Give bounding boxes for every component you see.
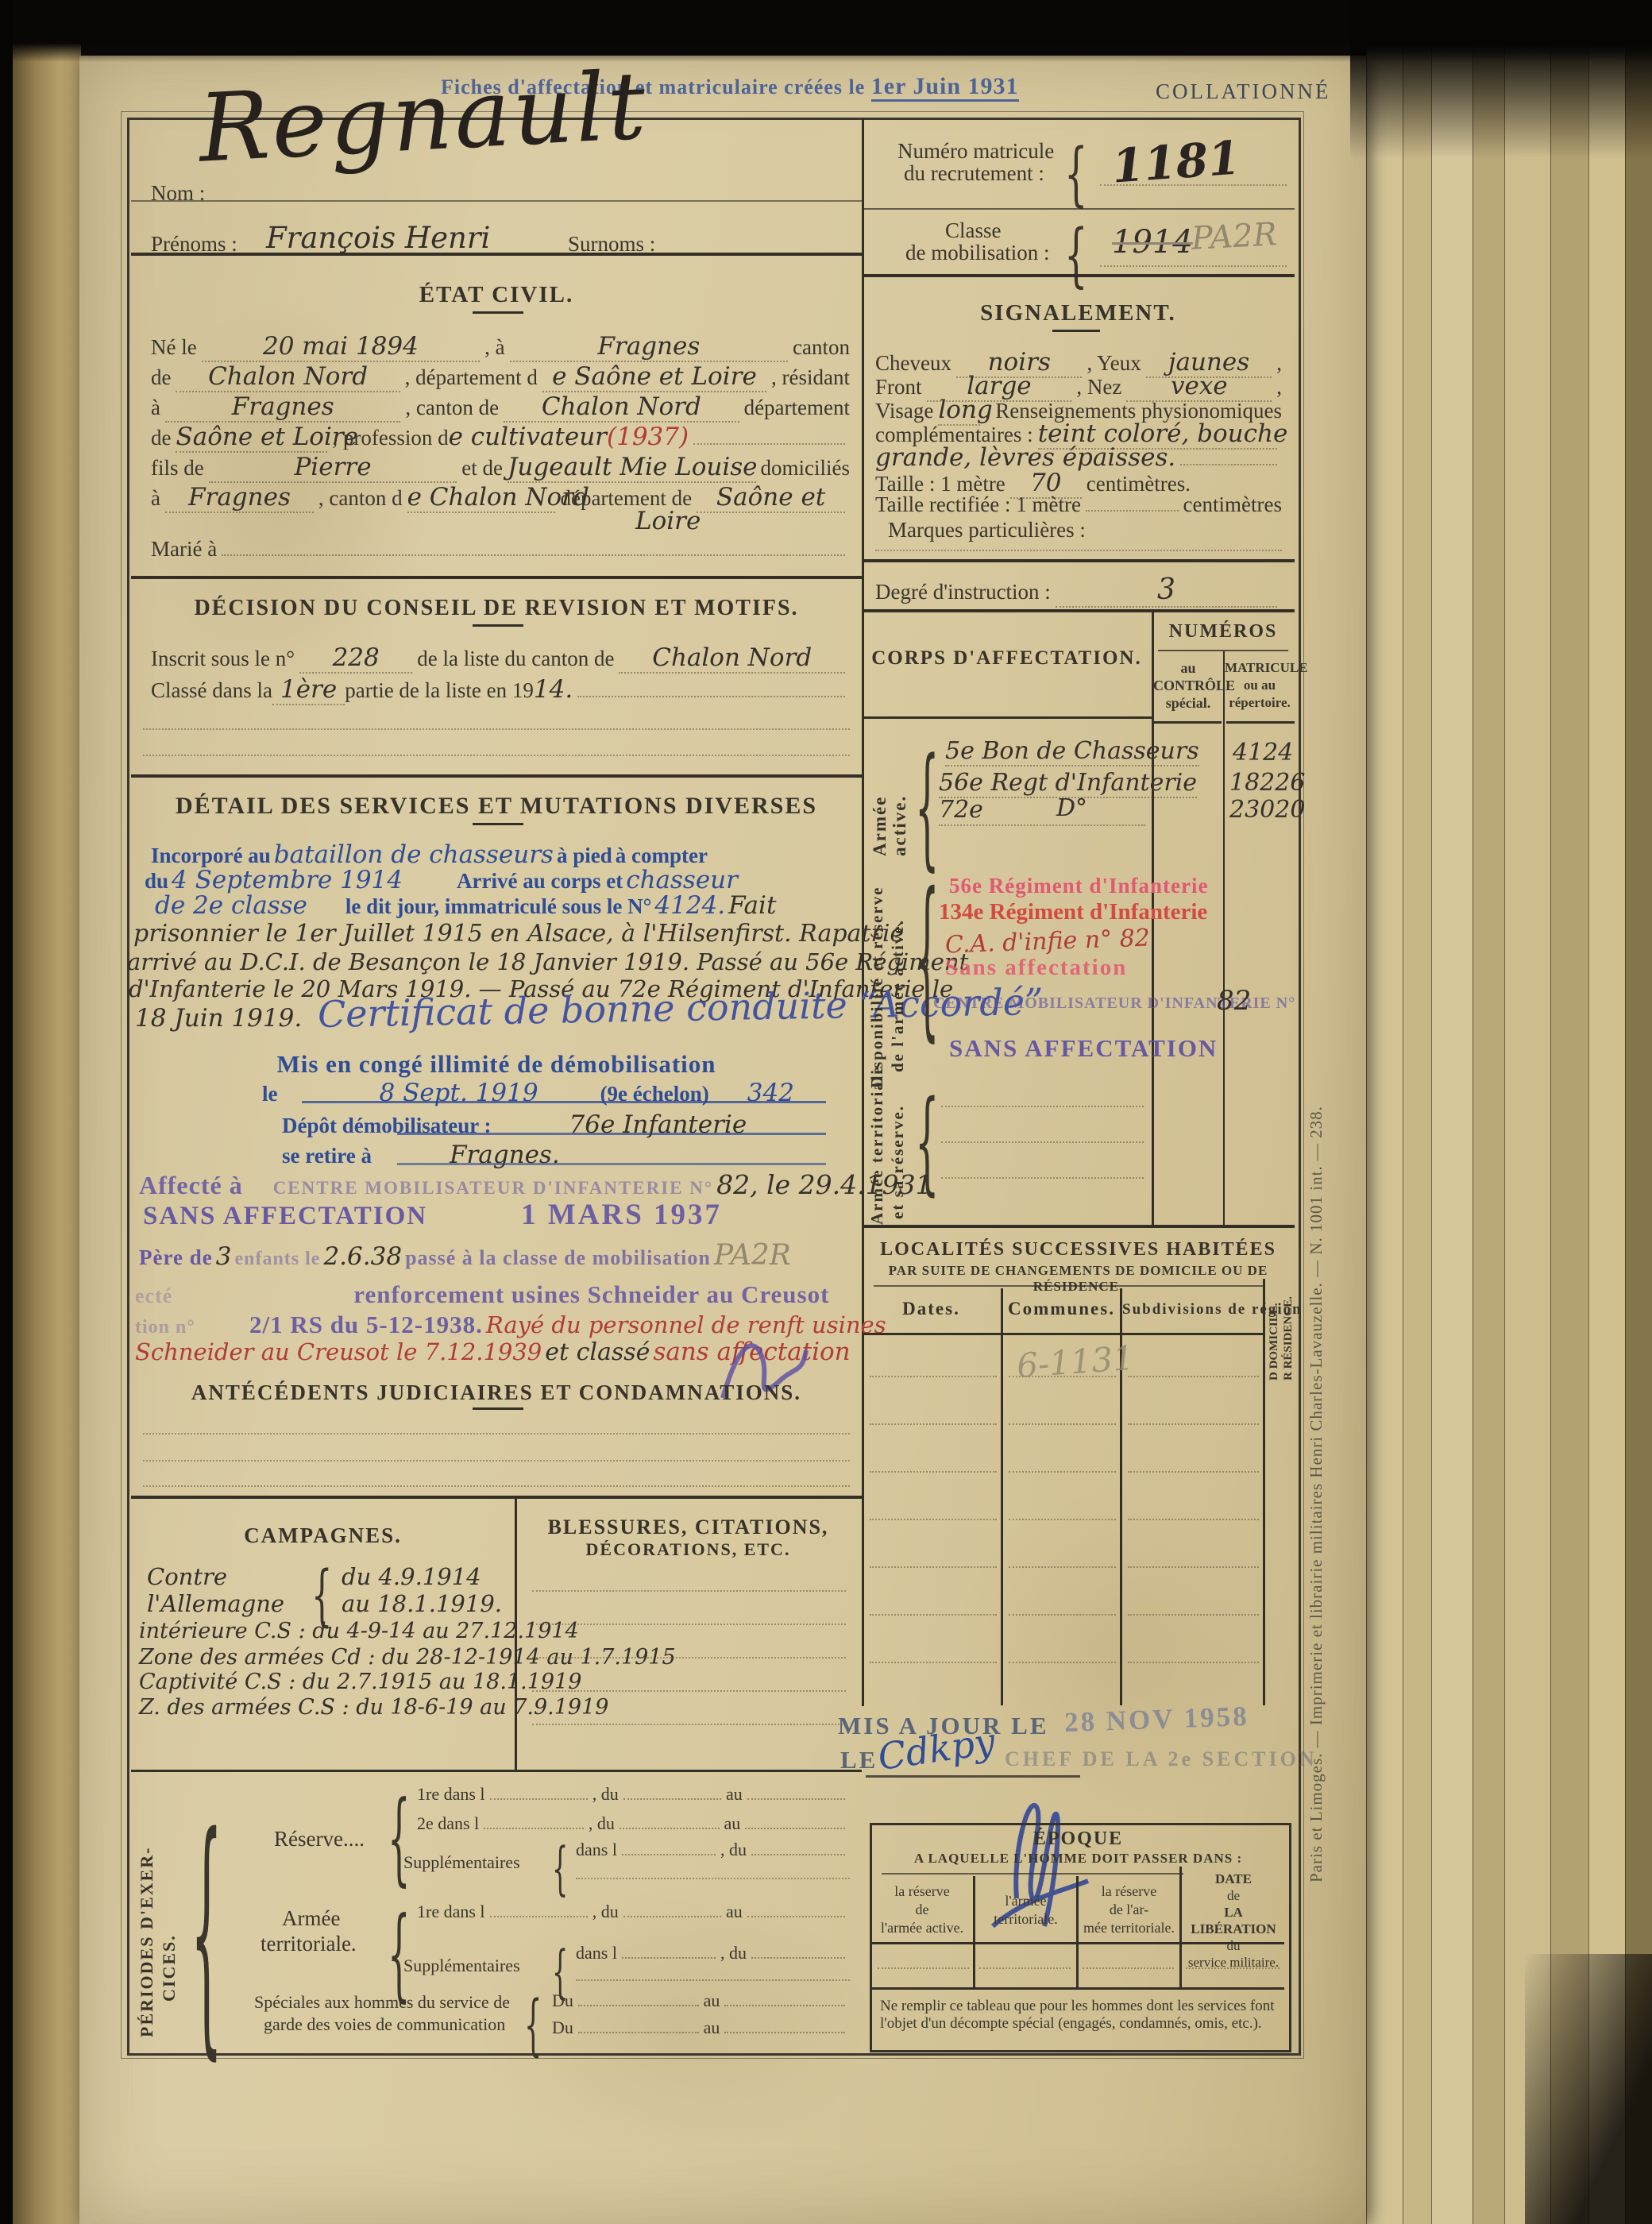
epoque-col4-line: du xyxy=(1182,1937,1285,1954)
degre-line: Degré d'instruction : 3 xyxy=(875,573,1282,608)
rule xyxy=(862,208,1295,210)
centre-mob-number: 82 xyxy=(1217,985,1251,1017)
services-line: 18 Juin 1919. xyxy=(135,1004,302,1033)
degre-label: Degré d'instruction : xyxy=(875,580,1051,604)
label: à xyxy=(151,396,160,420)
label: de xyxy=(151,365,171,390)
decision-title: DÉCISION DU CONSEIL DE REVISION ET MOTIF… xyxy=(131,596,862,621)
dotted-fill xyxy=(724,2032,845,2033)
epoque-col3-line: mée territoriale. xyxy=(1079,1919,1179,1937)
dotted-fill xyxy=(724,2005,845,2006)
marie-label: Marié à xyxy=(151,537,217,562)
empty-line xyxy=(941,1104,1144,1107)
rule xyxy=(1153,721,1222,724)
periode-row: Du au xyxy=(552,1990,850,2011)
dotted-fill xyxy=(622,1957,716,1959)
sans-affectation-stamp: SANS AFFECTATION xyxy=(143,1202,427,1230)
degre-value: 3 xyxy=(1056,573,1277,608)
stamp-56e-regiment: 56e Régiment d'Infanterie xyxy=(949,874,1208,898)
rule xyxy=(862,1333,1263,1335)
empty-line xyxy=(1128,1612,1259,1616)
page-edge xyxy=(1625,0,1652,2224)
etat-civil-line: à Fragnes , canton d e Chalon Nord dépar… xyxy=(151,483,850,513)
etat-civil-line: Né le 20 mai 1894 , à Fragnes canton xyxy=(151,332,850,362)
campagne-entry: l'Allemagne xyxy=(147,1590,284,1617)
dotted-fill xyxy=(222,554,845,556)
armee-territoriale-label: Armée xyxy=(282,1906,340,1931)
services-line: arrivé au D.C.I. de Besançon le 18 Janvi… xyxy=(127,948,968,975)
corps-row-number: 23020 xyxy=(1229,796,1305,824)
epoque-col3-line: la réserve xyxy=(1079,1882,1179,1901)
dotted-fill xyxy=(693,443,845,445)
suppl-label: Supplémentaires xyxy=(403,1956,520,1976)
affecte-stamp: Affecté à xyxy=(139,1171,243,1199)
empty-line xyxy=(1009,1517,1116,1520)
au-label: au xyxy=(704,1990,720,2011)
rule xyxy=(131,774,862,778)
armee-territoriale-label2: territoriale. xyxy=(261,1932,357,1956)
sans-affectation-line: SANS AFFECTATION 1 MARS 1937 xyxy=(143,1198,722,1232)
corps-row-unit: 72e xyxy=(939,796,983,824)
empty-line xyxy=(1128,1565,1259,1568)
annee-liste: 14. xyxy=(534,675,573,704)
rule xyxy=(882,1873,1183,1875)
parents-departement-cont: Loire xyxy=(635,507,701,535)
hw: Fait xyxy=(728,891,776,920)
corps-row-ditto: D° xyxy=(1056,794,1087,822)
empty-line xyxy=(870,1517,997,1520)
hw: et classé xyxy=(545,1338,650,1366)
pere-date: 2.6.38 xyxy=(323,1242,402,1271)
empty-line xyxy=(941,1140,1144,1143)
stamp-text: Arrivé au corps et xyxy=(457,869,623,893)
suppl-label: Supplémentaires xyxy=(403,1852,520,1873)
epoque-col1-line: l'armée active. xyxy=(871,1919,973,1937)
empty-line xyxy=(532,1689,846,1692)
empty-line xyxy=(532,1589,846,1592)
stamp-text: à compter xyxy=(616,844,708,867)
label: de la liste du canton de xyxy=(417,647,614,671)
empty-line xyxy=(1009,1469,1116,1473)
table-vline xyxy=(1223,651,1225,1225)
services-line-blue: de 2e classe le dit jour, immatriculé so… xyxy=(155,891,862,920)
birth-place: Fragnes xyxy=(510,332,788,362)
label: Classé dans la xyxy=(151,678,272,703)
nom-value-signature: Regnault xyxy=(196,50,650,183)
label: , département d xyxy=(405,365,538,390)
page-edge xyxy=(1431,0,1473,2224)
scan-shadow-top-right xyxy=(1350,0,1652,159)
empty-line xyxy=(532,1722,846,1725)
matricule-header-line: répertoire. xyxy=(1225,694,1295,712)
epoque-col1: la réserve de l'armée active. xyxy=(871,1882,973,1937)
periodes-label2: CICES. xyxy=(159,1875,179,2002)
blue-underline xyxy=(302,1080,826,1103)
profession-year-annotation: (1937) xyxy=(607,423,689,451)
dotted-fill xyxy=(490,1798,588,1800)
dotted-fill xyxy=(939,823,1145,826)
campagne-entry: Contre xyxy=(147,1563,227,1590)
birth-date: 20 mai 1894 xyxy=(202,332,480,362)
col-dates: Dates. xyxy=(862,1299,1001,1319)
epoque-note-line: Ne remplir ce tableau que pour les homme… xyxy=(880,1998,1275,2014)
au-label: au xyxy=(726,1784,743,1805)
empty-line xyxy=(875,548,1282,551)
record-sheet: Fiches d'affectation et matriculaire cré… xyxy=(79,56,1366,2224)
title-underline xyxy=(473,624,523,627)
label: , profession d xyxy=(332,426,448,450)
label: et de xyxy=(461,456,503,481)
campagne-entry: Z. des armées C.S : du 18-6-19 au 7.9.19… xyxy=(139,1695,608,1720)
dotted-fill xyxy=(1086,510,1179,512)
matricule-label2: du recrutement : xyxy=(904,161,1044,186)
campagnes-title: CAMPAGNES. xyxy=(131,1523,515,1548)
complement-value2: grande, lèvres épaisses. xyxy=(875,443,1175,472)
empty-line xyxy=(1128,1660,1259,1663)
classe-label2: de mobilisation : xyxy=(905,241,1050,265)
pere-stamp: Père de xyxy=(139,1245,213,1269)
empty-line xyxy=(576,1876,850,1879)
label: , résidant xyxy=(771,365,850,390)
title-underline xyxy=(473,311,523,314)
classe-mob-pencil: PA2R xyxy=(714,1239,791,1272)
page-edge xyxy=(1504,0,1551,2224)
rule xyxy=(131,576,862,579)
empty-line xyxy=(143,1431,850,1434)
rule xyxy=(872,1942,1284,1944)
numeros-header: NUMÉROS xyxy=(1152,621,1295,643)
empty-line xyxy=(143,753,850,756)
pere-line: Père de 3 enfants le 2.6.38 passé à la c… xyxy=(139,1239,791,1272)
dansl-label: dans l xyxy=(576,1943,617,1963)
speciales-label2: garde des voies de communication xyxy=(264,2014,505,2035)
services-line-blue: Incorporé au bataillon de chasseurs à pi… xyxy=(151,840,858,869)
empty-line xyxy=(941,1176,1144,1179)
campagne-entry: intérieure C.S : du 4-9-14 au 27.12.1914 xyxy=(139,1619,579,1643)
empty-line xyxy=(870,1374,997,1377)
empty-line xyxy=(143,1484,850,1487)
title-underline xyxy=(1052,330,1100,332)
page-edge xyxy=(1403,0,1432,2224)
campagne-dates: au 18.1.1919. xyxy=(342,1590,502,1617)
armee-active-label2: active. xyxy=(890,737,910,856)
controle-header-line: au xyxy=(1153,659,1223,677)
services-line-blue: du 4 Septembre 1914 Arrivé au corps et c… xyxy=(145,866,851,894)
label: Taille rectifiée : 1 mètre xyxy=(875,492,1081,517)
services-title: DÉTAIL DES SERVICES ET MUTATIONS DIVERSE… xyxy=(131,793,862,820)
localites-subtitle: PAR SUITE DE CHANGEMENTS DE DOMICILE OU … xyxy=(862,1263,1295,1295)
empty-line xyxy=(143,1458,850,1461)
stamp-134e-regiment: 134e Régiment d'Infanterie xyxy=(939,899,1207,925)
du-label: , du xyxy=(592,1784,619,1805)
brace: { xyxy=(388,1781,411,1898)
parents-canton: e Chalon Nord xyxy=(407,483,556,513)
empty-line xyxy=(143,727,850,730)
classe-value-struck: 1914 xyxy=(1112,224,1193,261)
col-subdivisions: Subdivisions de région xyxy=(1122,1301,1263,1319)
stamp-text: Incorporé au xyxy=(151,844,271,867)
raye-handwritten-2: Schneider au Creusot le 7.12.1939 xyxy=(135,1338,542,1365)
dotted-fill xyxy=(747,1916,845,1917)
brace: { xyxy=(1064,133,1088,214)
label: Inscrit sous le n° xyxy=(151,647,295,671)
table-vline xyxy=(1001,1288,1003,1705)
etat-civil-line: de Saône et Loire , profession d e culti… xyxy=(151,423,850,453)
periode-row: dans l , du xyxy=(576,1840,850,1860)
empty-line xyxy=(1128,1374,1259,1377)
schneider-stamp: renforcement usines Schneider au Creusot xyxy=(353,1280,829,1308)
services-line: prisonnier le 1er Juillet 1915 en Alsace… xyxy=(133,920,904,948)
list-number: 228 xyxy=(299,643,412,674)
periode-row: Du au xyxy=(552,2017,850,2038)
periodes-label: PÉRIODES D'EXER- xyxy=(137,1815,157,2037)
row-label: 1re dans l xyxy=(417,1784,485,1805)
empty-line xyxy=(870,1660,997,1663)
nom-label: Nom : xyxy=(151,181,205,206)
dotted-fill xyxy=(578,2005,699,2006)
centre-mob-stamp: CENTRE MOBILISATEUR D'INFANTERIE N° xyxy=(273,1178,713,1198)
canton-residence: Chalon Nord xyxy=(504,392,739,423)
du-label: , du xyxy=(592,1902,619,1922)
rule xyxy=(131,1770,862,1772)
epoque-subtitle: A LAQUELLE L'HOMME DOIT PASSER DANS : xyxy=(870,1851,1287,1867)
label: Né le xyxy=(151,335,197,360)
empty-line xyxy=(532,1622,846,1625)
pere-stamp-faint: enfants le xyxy=(234,1249,320,1269)
marie-line: Marié à xyxy=(151,537,850,562)
book-spine-edge xyxy=(11,0,81,2224)
epoque-col3-line: de l'ar- xyxy=(1079,1901,1179,1919)
empty-line xyxy=(1128,1517,1259,1520)
dansl-label: dans l xyxy=(576,1840,617,1860)
marques-label: Marques particulières : xyxy=(888,518,1086,542)
label: , canton d xyxy=(318,486,403,511)
dotted-fill xyxy=(623,1916,721,1917)
periode-row: 1re dans l , du au xyxy=(417,1784,850,1805)
empty-cell xyxy=(878,1966,969,1969)
signalement-title: SIGNALEMENT. xyxy=(862,300,1295,326)
dotted-fill xyxy=(751,1854,845,1855)
collationne-stamp: COLLATIONNÉ xyxy=(1156,79,1330,104)
signalement-line: Taille rectifiée : 1 mètre centimètres xyxy=(875,492,1282,517)
page-edge xyxy=(1588,0,1626,2224)
epoque-col4-line: DATE xyxy=(1182,1871,1285,1887)
matricule-header-line: MATRICULE xyxy=(1225,659,1295,677)
epoque-col4-line: LA LIBÉRATION xyxy=(1182,1904,1285,1937)
label: , à xyxy=(484,335,504,360)
blessures-title: BLESSURES, CITATIONS, xyxy=(515,1515,862,1539)
stamp-text: le xyxy=(262,1082,278,1106)
faint-stamp: tion n° xyxy=(135,1317,195,1338)
epoque-note-line: l'objet d'un décompte spécial (engagés, … xyxy=(880,2015,1262,2032)
empty-line xyxy=(1009,1565,1116,1568)
localites-title: LOCALITÉS SUCCESSIVES HABITÉES xyxy=(862,1239,1295,1261)
dotted-fill xyxy=(1100,183,1287,186)
epoque-col2-line: territoriale. xyxy=(975,1910,1076,1929)
armee-terr-reserve-label: Armée territoriale xyxy=(867,1082,887,1225)
brace: { xyxy=(915,1079,940,1208)
rule xyxy=(862,609,1295,612)
etat-civil-line: fils de Pierre et de Jugeault Mie Louise… xyxy=(151,453,850,483)
empty-cell xyxy=(1083,1966,1174,1969)
hw-blue: de 2e classe xyxy=(155,891,307,920)
dotted-fill xyxy=(484,1828,584,1829)
empty-line xyxy=(870,1612,997,1616)
empty-line xyxy=(1009,1422,1116,1425)
stamp-text: le dit jour, immatriculé sous le N° xyxy=(345,894,652,918)
periode-row: 1re dans l , du au xyxy=(417,1902,850,1922)
stamp-text: du xyxy=(145,869,168,893)
date-stamp-1937: 1 MARS 1937 xyxy=(521,1199,722,1231)
parents-departement: Saône et xyxy=(697,483,845,513)
armee-active-label: Armée xyxy=(870,737,890,856)
label: canton xyxy=(793,335,850,360)
le-stamp: LE xyxy=(840,1746,878,1774)
disponibilite-label: Disponibilité et réserve xyxy=(867,866,887,1088)
departement-residence: Saône et Loire xyxy=(176,423,327,453)
hw-blue: 4 Septembre 1914 xyxy=(172,866,403,894)
blue-underline xyxy=(397,1112,826,1135)
periode-row: dans l , du xyxy=(576,1943,850,1963)
disponibilite-label2: de l'armée active. xyxy=(888,882,908,1072)
dotted-fill xyxy=(1180,464,1277,465)
empty-line xyxy=(576,1978,850,1981)
page-edge xyxy=(1366,0,1403,2224)
affectation-line: Affecté à CENTRE MOBILISATEUR D'INFANTER… xyxy=(139,1169,932,1200)
empty-line xyxy=(1128,1422,1259,1425)
empty-cell xyxy=(1186,1966,1280,1969)
empty-cell xyxy=(979,1966,1071,1969)
page-edge xyxy=(1473,0,1505,2224)
dotted-fill xyxy=(747,1798,845,1800)
decision-line: Classé dans la 1ère partie de la liste e… xyxy=(151,675,850,705)
empty-line xyxy=(870,1422,997,1425)
column-divider xyxy=(862,118,864,1706)
epoque-note: Ne remplir ce tableau que pour les homme… xyxy=(880,1998,1281,2033)
table-vline xyxy=(1263,1279,1265,1705)
au-label: au xyxy=(724,1813,741,1834)
empty-line xyxy=(870,1565,997,1568)
children-count: 3 xyxy=(216,1242,232,1271)
epoque-col4-line: de xyxy=(1182,1887,1285,1904)
rule xyxy=(131,200,862,202)
controle-header-line: CONTRÔLE xyxy=(1153,677,1223,694)
dotted-fill xyxy=(745,1828,845,1829)
scan-edge-left xyxy=(0,0,13,2224)
label: de xyxy=(151,426,171,450)
stamp-sans-affectation-red: Sans affectation xyxy=(945,955,1127,981)
brace: { xyxy=(552,1836,568,1902)
rule xyxy=(872,1987,1284,1990)
title-underline xyxy=(473,1407,523,1410)
demob-stamp-line: Mis en congé illimité de démobilisation xyxy=(131,1050,862,1079)
controle-header-line: spécial. xyxy=(1153,694,1223,712)
prenoms-value: François Henri xyxy=(266,221,490,255)
armee-terr-reserve-label2: et sa réserve. xyxy=(888,1088,908,1219)
du-label: , du xyxy=(720,1943,747,1963)
speciales-label: Spéciales aux hommes du service de xyxy=(254,1992,510,2013)
du-label: , du xyxy=(589,1813,615,1834)
renfort-line: ecté renforcement usines Schneider au Cr… xyxy=(135,1280,829,1309)
page-edge xyxy=(1550,0,1589,2224)
scanned-military-register-page: Fiches d'affectation et matriculaire cré… xyxy=(0,0,1652,2224)
rule xyxy=(862,1225,1295,1228)
matricule-header: MATRICULE ou au répertoire. xyxy=(1225,659,1295,712)
corps-row-unit: 5e Bon de Chasseurs xyxy=(945,737,1199,766)
stamp-text: se retire à xyxy=(282,1144,372,1168)
dotted-fill xyxy=(1100,264,1287,267)
etat-civil-title: ÉTAT CIVIL. xyxy=(131,282,862,308)
dotted-fill xyxy=(622,1854,716,1855)
label: partie de la liste en 19 xyxy=(345,678,534,703)
faint-stamp: ecté xyxy=(135,1284,172,1307)
corps-row-number: 4124 xyxy=(1233,739,1293,766)
corps-header: CORPS D'AFFECTATION. xyxy=(862,647,1152,670)
rule xyxy=(1226,721,1295,724)
dotted-fill xyxy=(623,1798,721,1800)
col-communes: Communes. xyxy=(1003,1299,1120,1319)
row-label: 2e dans l xyxy=(417,1813,479,1834)
rs-stamp: 2/1 RS du 5-12-1938. xyxy=(249,1311,483,1338)
decision-line: Inscrit sous le n° 228 de la liste du ca… xyxy=(151,643,850,674)
du-label: , du xyxy=(720,1840,747,1860)
signalement-line: grande, lèvres épaisses. xyxy=(875,443,1282,472)
date-stamp-1958: 28 NOV 1958 xyxy=(1063,1701,1249,1739)
epoque-col4: DATE de LA LIBÉRATION du service militai… xyxy=(1182,1871,1285,1971)
departement: e Saône et Loire xyxy=(542,362,766,392)
antecedents-title: ANTÉCÉDENTS JUDICIAIRES ET CONDAMNATIONS… xyxy=(131,1380,862,1405)
hw-blue: bataillon de chasseurs xyxy=(274,840,554,869)
epoque-title: ÉPOQUE xyxy=(870,1828,1287,1850)
empty-line xyxy=(1009,1660,1116,1663)
label: , canton de xyxy=(405,396,499,420)
classe-value-pencil: PA2R xyxy=(1191,216,1278,257)
printer-imprint: Paris et Limoges. — Imprimerie et librai… xyxy=(1307,294,1326,1882)
dotted-fill xyxy=(578,2032,699,2033)
blue-underline xyxy=(397,1142,826,1165)
brace: { xyxy=(524,1987,542,2064)
hw-blue: 4124. xyxy=(654,891,725,920)
etat-civil-line: à Fragnes , canton de Chalon Nord départ… xyxy=(151,392,850,423)
dotted-fill xyxy=(490,1916,588,1917)
chef-section-stamp: CHEF DE LA 2e SECTION xyxy=(1005,1747,1318,1771)
empty-line xyxy=(1128,1469,1259,1473)
rule xyxy=(874,1285,1263,1287)
du-label: Du xyxy=(552,2017,573,2038)
au-label: au xyxy=(704,2017,720,2038)
classe-mob-stamp: passé à la classe de mobilisation xyxy=(405,1246,711,1269)
label: département xyxy=(744,396,850,420)
classe-label: Classe xyxy=(945,218,1002,243)
reserve-label: Réserve.... xyxy=(274,1827,365,1851)
canton: Chalon Nord xyxy=(176,362,399,392)
brace: { xyxy=(1064,214,1088,295)
matricule-header-line: ou au xyxy=(1225,677,1295,694)
father-name: Pierre xyxy=(209,453,457,483)
hw-blue: chasseur xyxy=(626,866,738,894)
dotted-fill xyxy=(619,1828,720,1829)
stamp-text: à pied xyxy=(557,844,612,867)
controle-header: au CONTRÔLE spécial. xyxy=(1153,659,1223,712)
epoque-col3: la réserve de l'ar- mée territoriale. xyxy=(1079,1882,1179,1937)
raye-handwritten: Rayé du personnel de renft usines xyxy=(486,1311,886,1338)
label: fils de xyxy=(151,456,204,481)
col-residence: R RÉSIDENCE. xyxy=(1282,1285,1295,1380)
creation-stamp-date: 1er Juin 1931 xyxy=(871,73,1019,102)
rule xyxy=(131,253,862,256)
epoque-col2-line: l'armée xyxy=(975,1892,1076,1910)
rule xyxy=(131,1496,862,1499)
